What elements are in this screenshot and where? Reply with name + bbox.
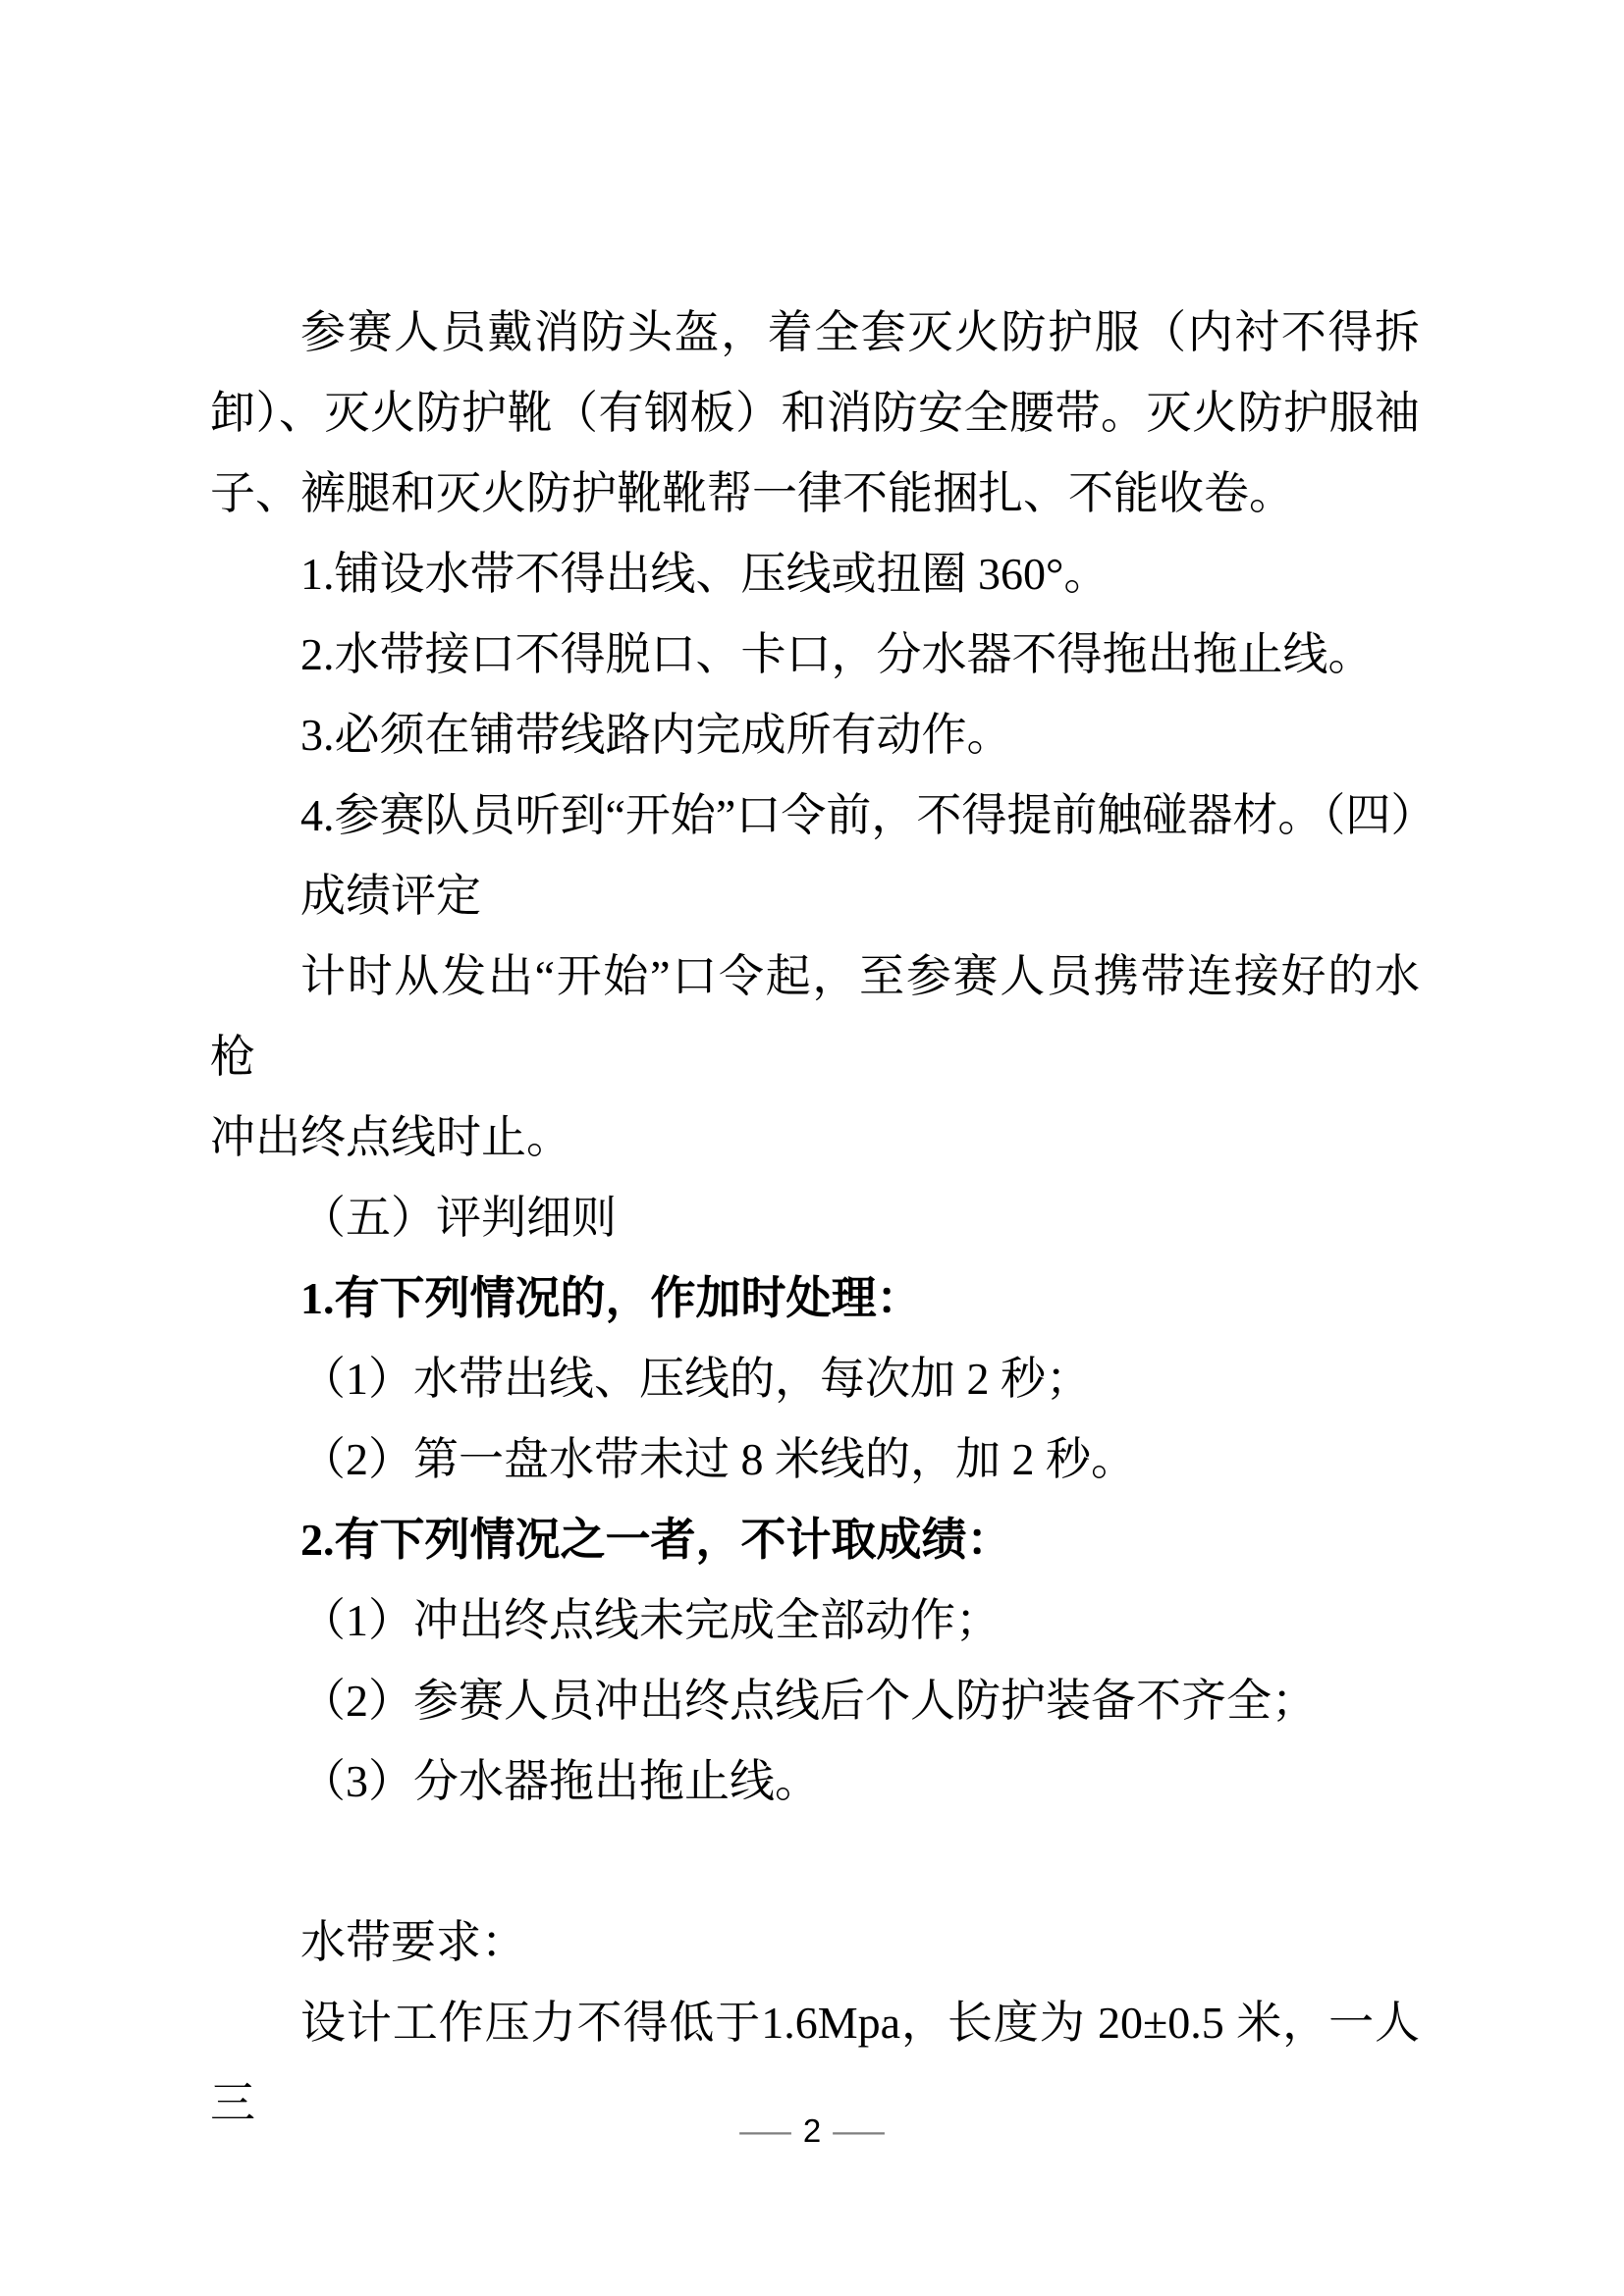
- text-line: （1）冲出终点线未完成全部动作；: [210, 1580, 1420, 1661]
- text-line: 成绩评定: [210, 856, 1420, 936]
- text-line: 4.参赛队员听到“开始”口令前，不得提前触碰器材。（四）: [210, 775, 1420, 856]
- text-line: 2.水带接口不得脱口、卡口，分水器不得拖出拖止线。: [210, 614, 1420, 695]
- text-line: 计时从发出“开始”口令起，至参赛人员携带连接好的水枪: [210, 936, 1420, 1097]
- footer-dash-right: —: [833, 2109, 885, 2154]
- text-line: 2.有下列情况之一者，不计取成绩：: [210, 1500, 1420, 1580]
- text-line: 卸）、灭火防护靴（有钢板）和消防安全腰带。灭火防护服袖: [210, 373, 1420, 454]
- text-line: 3.必须在铺带线路内完成所有动作。: [210, 695, 1420, 775]
- text-line: 冲出终点线时止。: [210, 1097, 1420, 1178]
- text-line: （3）分水器拖出拖止线。: [210, 1741, 1420, 1822]
- text-line: （2）参赛人员冲出终点线后个人防护装备不齐全；: [210, 1661, 1420, 1741]
- blank-line: [210, 1822, 1420, 1902]
- text-line: 子、裤腿和灭火防护靴靴帮一律不能捆扎、不能收卷。: [210, 454, 1420, 534]
- text-line: 1.有下列情况的，作加时处理：: [210, 1258, 1420, 1339]
- page-footer: —2—: [0, 2109, 1624, 2154]
- document-body: 参赛人员戴消防头盔，着全套灭火防护服（内衬不得拆卸）、灭火防护靴（有钢板）和消防…: [210, 293, 1420, 2144]
- footer-dash-left: —: [739, 2109, 791, 2154]
- page-number: 2: [803, 2109, 821, 2154]
- text-line: （五）评判细则: [210, 1178, 1420, 1258]
- document-page: 参赛人员戴消防头盔，着全套灭火防护服（内衬不得拆卸）、灭火防护靴（有钢板）和消防…: [0, 0, 1624, 2296]
- text-line: 参赛人员戴消防头盔，着全套灭火防护服（内衬不得拆: [210, 293, 1420, 373]
- text-line: 水带要求：: [210, 1902, 1420, 1983]
- text-line: （1）水带出线、压线的，每次加 2 秒；: [210, 1339, 1420, 1419]
- text-line: （2）第一盘水带未过 8 米线的，加 2 秒。: [210, 1419, 1420, 1500]
- text-line: 1.铺设水带不得出线、压线或扭圈 360°。: [210, 534, 1420, 614]
